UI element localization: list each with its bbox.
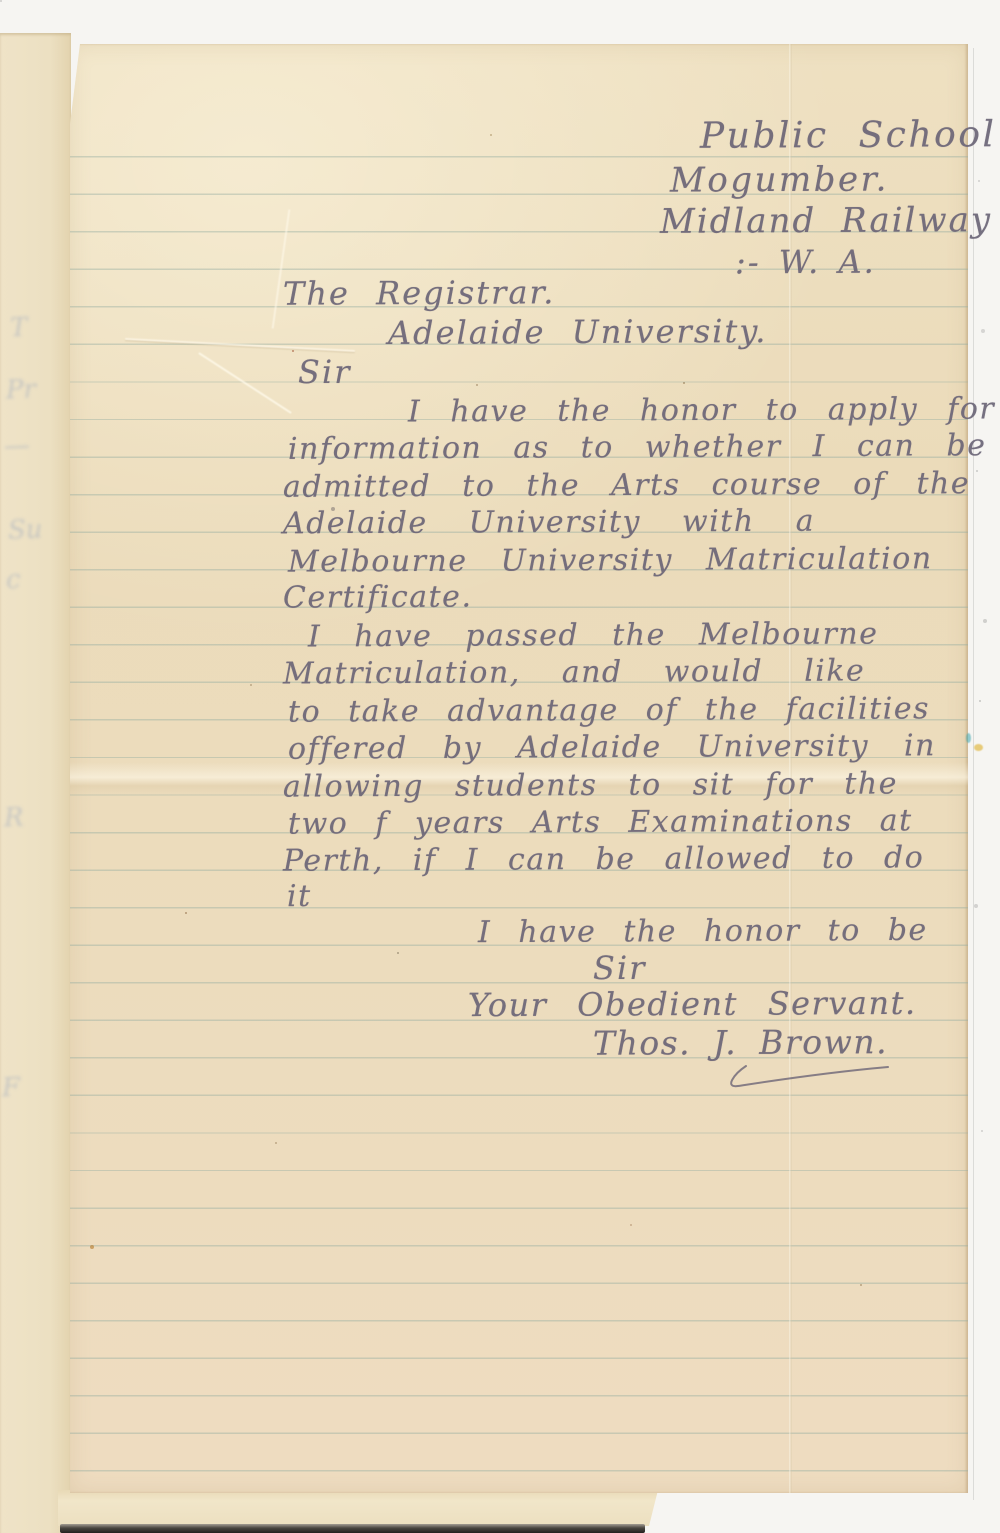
body-line: it <box>287 882 312 912</box>
body-line: admitted to the Arts course of the <box>283 469 970 503</box>
body-line: two f years Arts Examinations at <box>288 806 913 839</box>
amber-edge-mark <box>974 744 983 751</box>
heading-line-railway: Midland Railway <box>660 203 992 239</box>
recipient-line-university: Adelaide University. <box>388 315 767 349</box>
heading-line-town: Mogumber. <box>670 162 889 197</box>
underlying-sheet-bottom-edge <box>58 1490 658 1526</box>
body-line: I have the honor to apply for <box>408 394 995 427</box>
body-line: Adelaide University with a <box>283 507 815 540</box>
teal-edge-mark <box>966 733 971 743</box>
show-through-mark: Su <box>7 514 43 545</box>
recipient-line-registrar: The Registrar. <box>283 276 556 309</box>
heading-line-school: Public School <box>700 117 997 155</box>
body-line: Matriculation, and would like <box>283 656 865 689</box>
body-line: information as to whether I can be <box>288 431 987 465</box>
show-through-mark: F <box>1 1073 20 1104</box>
scan-edge-noise <box>0 0 2 2</box>
body-line: I have passed the Melbourne <box>308 620 879 653</box>
salutation: Sir <box>298 356 352 388</box>
show-through-mark: R <box>3 803 24 834</box>
closing-line-sir: Sir <box>593 952 647 984</box>
signature-flourish <box>700 1056 900 1096</box>
body-line: to take advantage of the facilities <box>288 694 930 727</box>
show-through-mark: T <box>9 313 27 344</box>
body-line: allowing students to sit for the <box>283 769 898 802</box>
closing-line-honor: I have the honor to be <box>478 916 928 948</box>
show-through-mark: — <box>3 431 30 462</box>
signature: Thos. J. Brown. <box>593 1025 888 1060</box>
underlying-sheet-left-edge: T Pr — Su c R F <box>0 33 71 1533</box>
body-line: Melbourne University Matriculation <box>288 544 933 577</box>
scan-edge-line <box>973 48 974 1500</box>
heading-line-state: :- W. A. <box>735 246 876 279</box>
scanned-letter-page: T Pr — Su c R F Public School Mogumber. … <box>0 0 1000 1533</box>
show-through-mark: c <box>5 565 21 595</box>
body-line: offered by Adelaide University in <box>288 731 936 764</box>
show-through-mark: Pr <box>5 374 36 405</box>
body-line: Perth, if I can be allowed to do <box>283 843 924 876</box>
body-line: Certificate. <box>283 583 473 614</box>
closing-line-servant: Your Obedient Servant. <box>468 987 917 1021</box>
scanner-dark-strip <box>60 1524 645 1533</box>
